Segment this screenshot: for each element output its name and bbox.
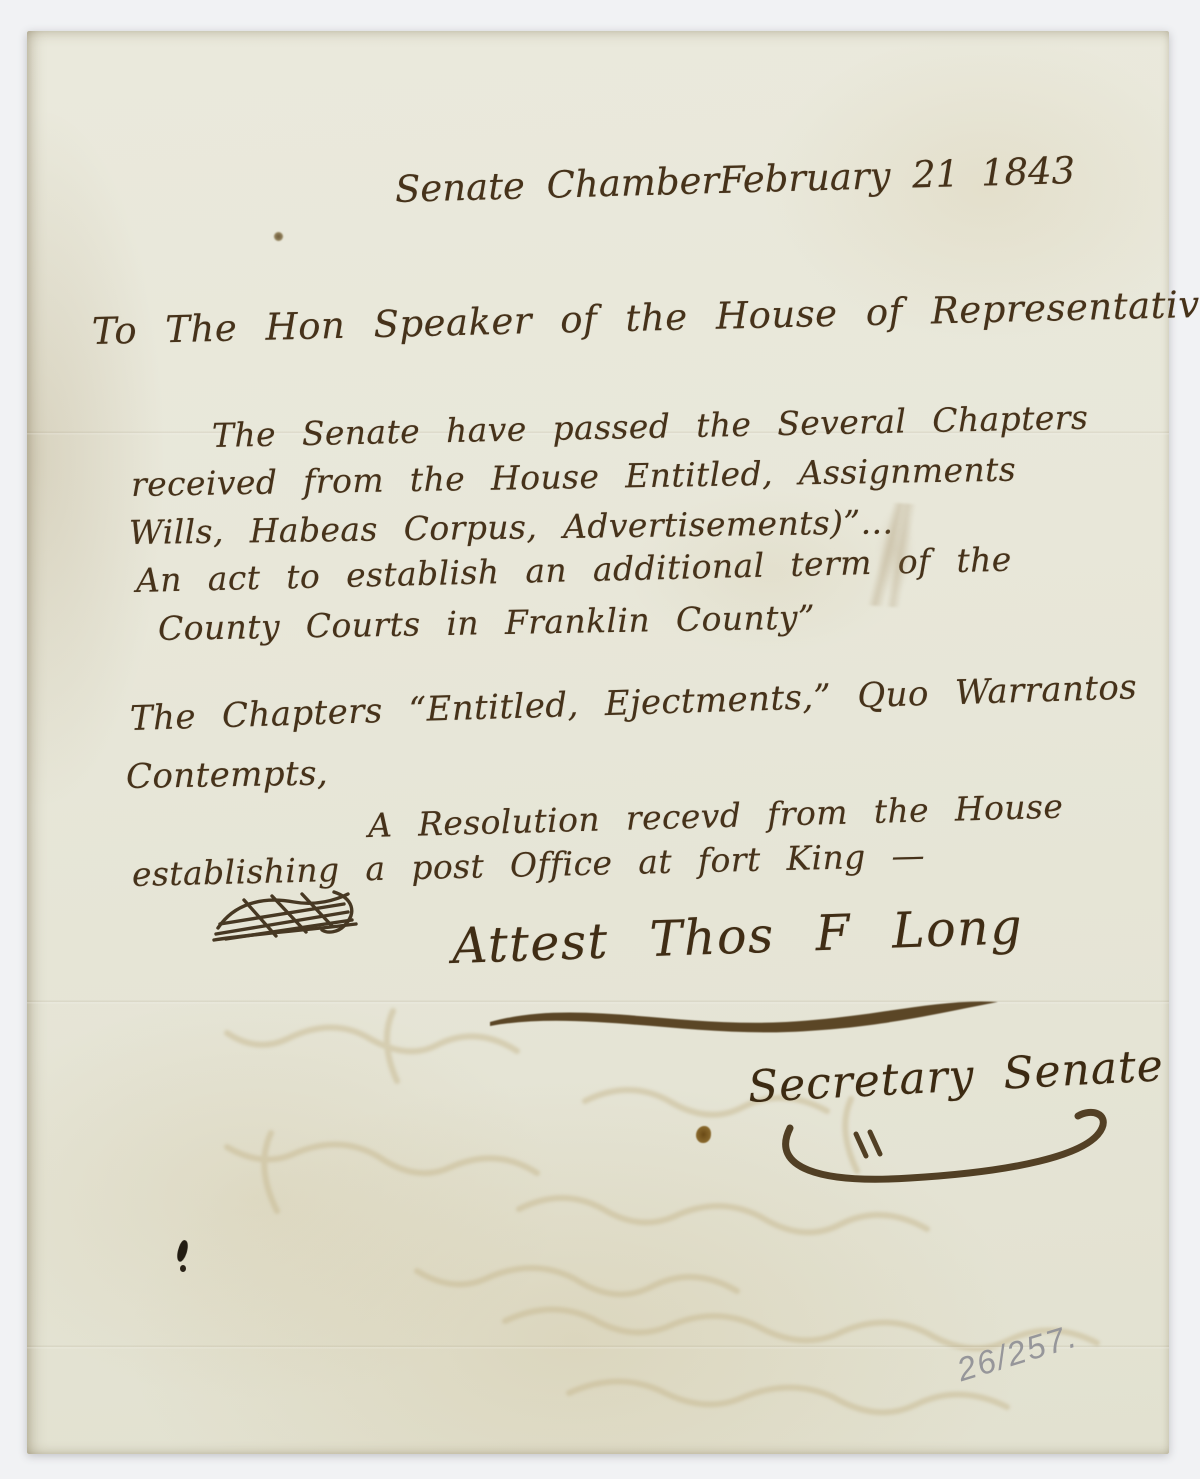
signature-flourish	[486, 990, 1006, 1046]
heading-place: Senate Chamber	[394, 159, 719, 211]
body-line-7: Contempts,	[126, 753, 329, 797]
letter-page	[27, 31, 1169, 1454]
paper-stain-speck	[274, 232, 283, 241]
ink-smudge	[862, 501, 927, 609]
dark-ink-dot	[180, 1265, 186, 1272]
ink-blot	[696, 1126, 711, 1143]
secretary-flourish	[760, 1108, 1120, 1198]
crossed-out-scribble	[210, 882, 370, 946]
